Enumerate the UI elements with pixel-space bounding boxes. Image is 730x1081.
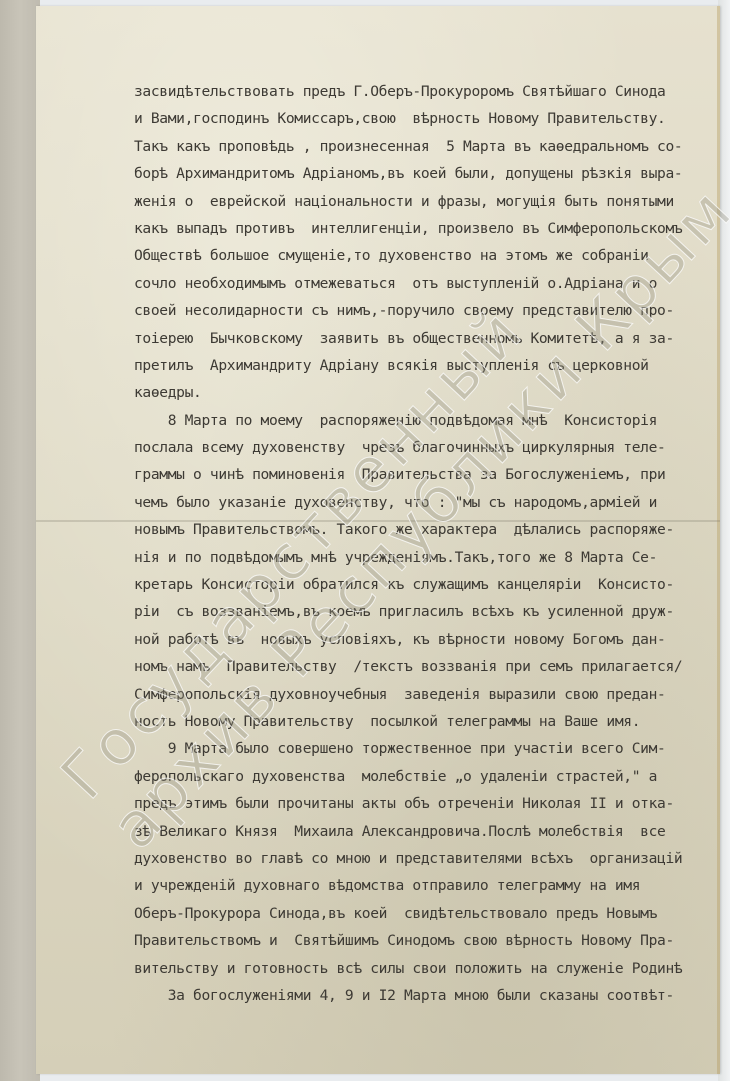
text-line: вительству и готовность всѣ силы свои по… xyxy=(134,955,714,982)
text-line: Обществѣ большое смущеніе,то духовенство… xyxy=(134,242,714,269)
text-line: тоіерею Бычковскому заявить въ обществен… xyxy=(134,325,714,352)
text-line: ность Новому Правительству посылкой теле… xyxy=(134,708,714,735)
text-line: своей несолидарности съ нимъ,-поручило с… xyxy=(134,297,714,324)
text-line: претилъ Архимандриту Адріану всякія выст… xyxy=(134,352,714,379)
text-line: каѳедры. xyxy=(134,379,714,406)
text-line: кретарь Консисторіи обратился къ служащи… xyxy=(134,571,714,598)
text-line: предъ этимъ были прочитаны акты объ отре… xyxy=(134,790,714,817)
text-line: 9 Марта было совершено торжественное при… xyxy=(134,735,714,762)
text-line: ной работѣ въ новыхъ условіяхъ, къ вѣрно… xyxy=(134,626,714,653)
text-line: женія о еврейской національности и фразы… xyxy=(134,188,714,215)
text-line: послала всему духовенству чрезъ благочин… xyxy=(134,434,714,461)
text-line: какъ выпадъ противъ интеллигенціи, произ… xyxy=(134,215,714,242)
text-line: духовенство во главѣ со мною и представи… xyxy=(134,845,714,872)
sheet-edge xyxy=(717,6,720,1074)
text-line: 8 Марта по моему распоряженію подвѣдомая… xyxy=(134,407,714,434)
text-line: и Вами,господинъ Комиссаръ,свою вѣрность… xyxy=(134,105,714,132)
text-line: борѣ Архимандритомъ Адріаномъ,въ коей бы… xyxy=(134,160,714,187)
text-line: засвидѣтельствовать предъ Г.Оберъ-Прокур… xyxy=(134,78,714,105)
text-line: феропольскаго духовенства молебствіе „о … xyxy=(134,763,714,790)
text-line: новымъ Правительствомъ. Такого же характ… xyxy=(134,516,714,543)
text-line: Правительствомъ и Святѣйшимъ Синодомъ св… xyxy=(134,927,714,954)
text-line: нія и по подвѣдомымъ мнѣ учрежденіямъ.Та… xyxy=(134,544,714,571)
text-line: За богослуженіями 4, 9 и I2 Марта мною б… xyxy=(134,982,714,1009)
text-line: граммы о чинѣ поминовенія Правительства … xyxy=(134,461,714,488)
typewritten-text: засвидѣтельствовать предъ Г.Оберъ-Прокур… xyxy=(134,78,714,1009)
text-line: Оберъ-Прокурора Синода,въ коей свидѣтель… xyxy=(134,900,714,927)
text-line: номъ намъ Правительству /текстъ воззвані… xyxy=(134,653,714,680)
text-line: чемъ было указаніе духовенству, что : "м… xyxy=(134,489,714,516)
text-line: Симферопольскія духовноучебныя заведенія… xyxy=(134,681,714,708)
archive-backing-strip xyxy=(0,0,40,1081)
text-line: зѣ Великаго Князя Михаила Александровича… xyxy=(134,818,714,845)
text-line: ріи съ воззваніемъ,въ коемъ пригласилъ в… xyxy=(134,598,714,625)
text-line: сочло необходимымъ отмежеваться отъ выст… xyxy=(134,270,714,297)
text-line: Такъ какъ проповѣдь , произнесенная 5 Ма… xyxy=(134,133,714,160)
text-line: и учрежденій духовнаго вѣдомства отправи… xyxy=(134,872,714,899)
